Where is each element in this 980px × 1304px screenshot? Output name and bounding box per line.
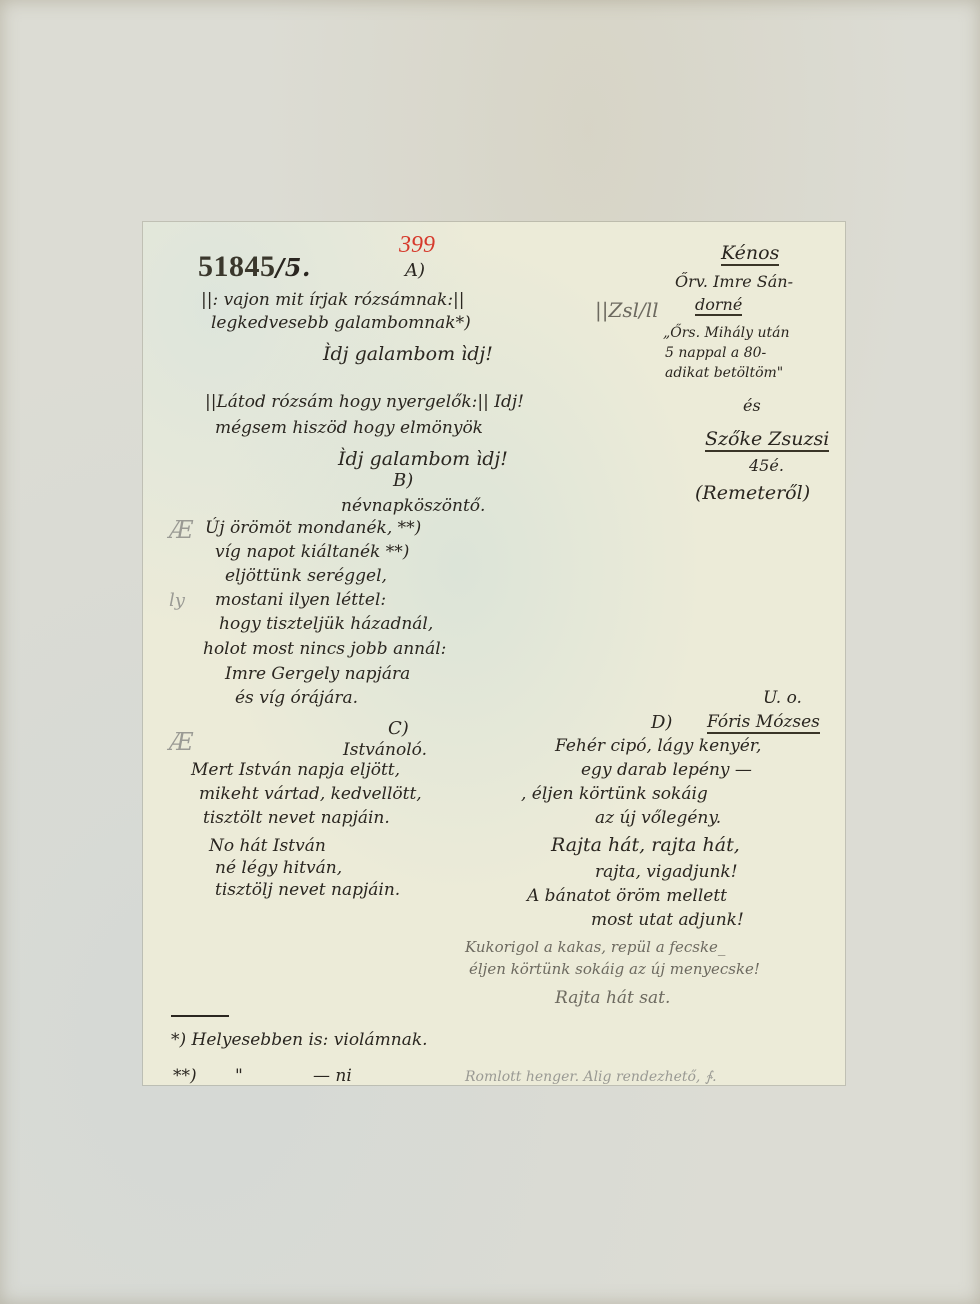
- pencil-mark: Æ: [169, 518, 193, 542]
- singer-name-cont: dorné: [695, 297, 742, 316]
- verse-line: A bánatot öröm mellett: [527, 888, 727, 905]
- quote-line: adikat betöltöm": [665, 366, 783, 380]
- verse-line: rajta, vigadjunk!: [595, 864, 738, 881]
- verse-line: Rajta hát, rajta hát,: [551, 836, 740, 855]
- singer-age: 45é.: [749, 458, 784, 474]
- catalog-number-stamp: 51845/5.: [198, 250, 311, 284]
- verse-line: víg napot kiáltanék **): [215, 544, 409, 561]
- section-a-label: A): [405, 262, 425, 280]
- quote-line: „Őrs. Mihály után: [663, 326, 790, 340]
- verse-line: Imre Gergely napjára: [225, 666, 410, 683]
- quote-line: 5 nappal a 80-: [665, 346, 766, 360]
- section-d-label: D): [651, 714, 672, 732]
- section-c-label: C): [388, 720, 409, 738]
- verse-line: mostani ilyen léttel:: [215, 592, 386, 609]
- verse-line: eljöttünk seréggel,: [225, 568, 387, 585]
- verse-line: most utat adjunk!: [591, 912, 744, 929]
- singer-origin: (Remeteről): [695, 484, 810, 503]
- scribble-mark: ||Zsl/ll: [595, 300, 659, 320]
- same-place-note: U. o.: [763, 690, 802, 707]
- section-title: névnapköszöntő.: [341, 498, 485, 515]
- verse-line: Rajta hát sat.: [555, 990, 670, 1007]
- verse-line: legkedvesebb galambomnak*): [211, 315, 471, 332]
- verse-line: Fehér cipó, lágy kenyér,: [555, 738, 761, 755]
- verse-line: ||Látod rózsám hogy nyergelők:|| Idj!: [205, 394, 524, 411]
- verse-line: tisztölj nevet napjáin.: [215, 882, 400, 899]
- singer-name: Őrv. Imre Sán-: [675, 274, 793, 290]
- verse-line: éljen körtünk sokáig az új menyecske!: [469, 962, 760, 977]
- red-page-number: 399: [399, 232, 435, 259]
- verse-line: Mert István napja eljött,: [191, 762, 400, 779]
- verse-line: mikeht vártad, kedvellött,: [199, 786, 422, 803]
- section-title: Istvánoló.: [343, 742, 427, 759]
- verse-line: Kukorigol a kakas, repül a fecske_: [465, 940, 725, 955]
- footnote-2-marker: **): [173, 1068, 197, 1085]
- refrain-line: Ìdj galambom ìdj!: [323, 345, 493, 364]
- verse-line: tisztölt nevet napjáin.: [203, 810, 390, 827]
- footnote-1: *) Helyesebben is: violámnak.: [171, 1032, 428, 1049]
- catalog-suffix: /5.: [276, 253, 311, 282]
- refrain-line: Ìdj galambom ìdj!: [338, 450, 508, 469]
- verse-line: hogy tiszteljük házadnál,: [219, 616, 433, 633]
- place-name: Kénos: [721, 244, 779, 266]
- footnote-2-ditto: ": [235, 1068, 243, 1085]
- verse-line: né légy hitván,: [215, 860, 342, 877]
- singer-name: Fóris Mózses: [707, 714, 820, 734]
- conjunction: és: [743, 398, 761, 414]
- verse-line: mégsem hiszöd hogy elmönyök: [215, 420, 483, 437]
- verse-line: holot most nincs jobb annál:: [203, 641, 446, 658]
- verse-line: , éljen körtünk sokáig: [521, 786, 708, 803]
- verse-line: ||: vajon mit írjak rózsámnak:||: [201, 292, 465, 309]
- footnote-2-text: — ni: [313, 1068, 352, 1085]
- footnote-rule: [171, 1015, 229, 1017]
- verse-line: és víg órájára.: [235, 690, 358, 707]
- verse-line: egy darab lepény —: [581, 762, 752, 779]
- manuscript-page: 51845/5. 399 A) ||: vajon mit írjak rózs…: [143, 222, 845, 1085]
- section-b-label: B): [393, 472, 413, 490]
- verse-line: No hát István: [209, 838, 326, 855]
- pencil-mark: Æ: [169, 730, 193, 754]
- catalog-number: 51845: [198, 250, 276, 283]
- singer-name: Szőke Zsuzsi: [705, 430, 829, 452]
- verse-line: Új örömöt mondanék, **): [205, 520, 421, 537]
- pencil-note: Romlott henger. Alig rendezhető, ∱.: [465, 1070, 717, 1084]
- verse-line: az új vőlegény.: [595, 810, 721, 827]
- pencil-mark: ly: [169, 592, 185, 610]
